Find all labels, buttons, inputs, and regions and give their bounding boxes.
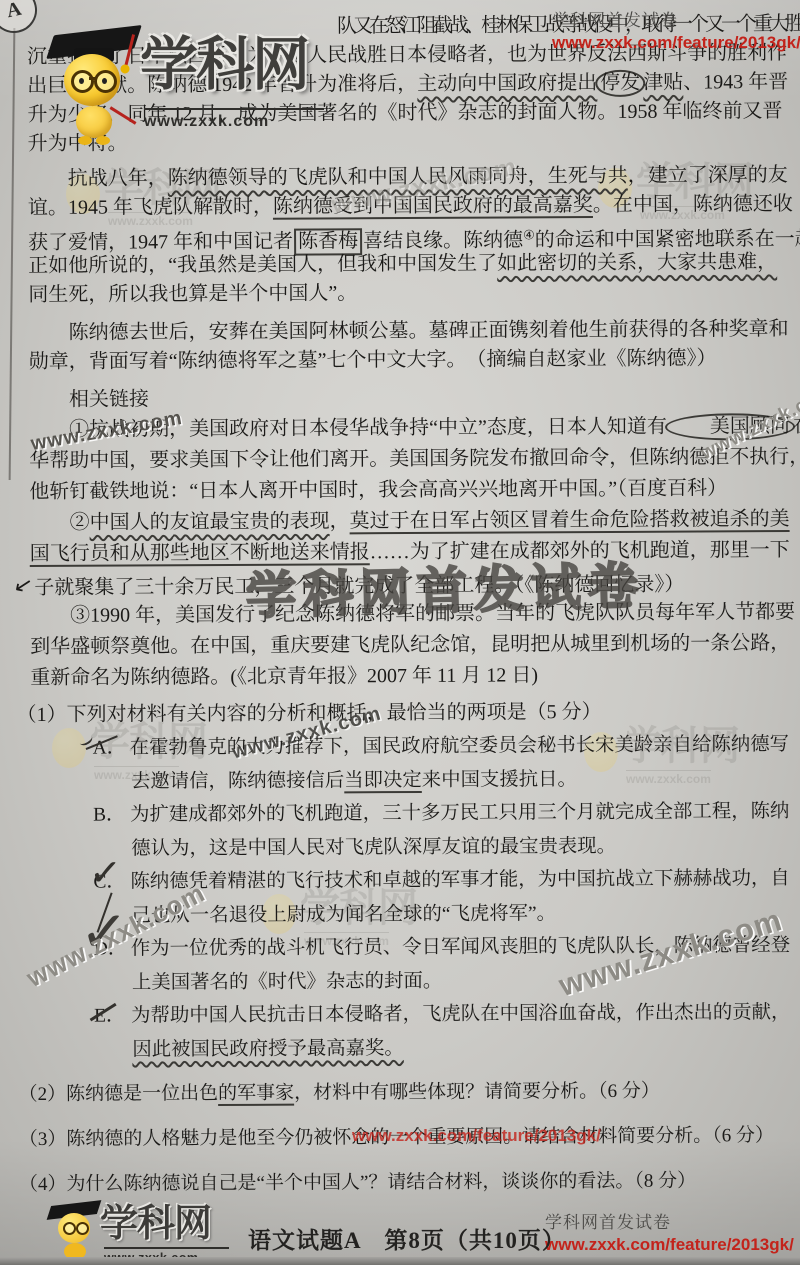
text-line: 相关链接 (29, 382, 793, 415)
glasses-icon (76, 1222, 89, 1235)
text-segment: 。在中国，陈纳德还收 (593, 193, 793, 216)
text-line: 华帮助中国，要求美国下令让他们离开。美国国务院发布撤回命令，但陈纳德拒不执行， (29, 442, 793, 477)
section-option: B．为扩建成都郊外的飞机跑道，三十多万民工只用三个月就完成全部工程，陈纳德认为，… (31, 795, 795, 866)
text-segment: 去邀请信，陈纳德接信后 (131, 770, 344, 792)
annotated-text-ul: 国飞行员和从那些地区不断地送来情报 (30, 541, 370, 565)
text-line: （1）下列对材料有关内容的分析和概括，最恰当的两项是（5 分） (16, 695, 794, 732)
text-line: 去邀请信，陈纳德接信后当即决定来中国支援抗日。 (131, 761, 795, 798)
annotated-text-wavy: 因此被国民政府授予最高嘉奖。 (132, 1038, 404, 1060)
text-line: 同生死，所以我也算是半个中国人”。 (28, 277, 792, 310)
text-segment: （4）为什么陈纳德说自己是“半个中国人”？请结合材料，谈谈你的看法。（8 分） (19, 1171, 696, 1196)
text-segment: ，建立了深厚的友 (628, 164, 788, 187)
text-line: 上美国著名的《时代》杂志的封面。 (132, 962, 796, 999)
mascot-body (76, 106, 112, 138)
release-note: 学科网首发试卷 (545, 1208, 794, 1233)
annotated-text-wavy: 如此密切的关系，大家共患难， (497, 251, 777, 274)
text-line: 到华盛顿祭奠他。在中国，重庆要建飞虎队纪念馆，昆明把从城里到机场的一条公路， (30, 628, 794, 663)
option-label: E． (94, 999, 131, 1033)
zxxk-logo-footer: 学科网 www.zxxk.com (46, 1203, 266, 1263)
grade-letter: A (5, 0, 24, 23)
feature-url: www.zxxk.com/feature/2013gk/ (545, 1235, 794, 1255)
text-line: ②中国人的友谊最宝贵的表现，莫过于在日军占领区冒着生命危险搭救被追杀的美 (29, 504, 793, 539)
text-line: 德认为，这是中国人民对飞虎队深厚友谊的最宝贵表现。 (131, 828, 795, 865)
text-line: 获了爱情，1947 年和中国记者陈香梅喜结良缘。陈纳德④的命运和中国紧密地联系在… (28, 219, 792, 252)
pointer-stick (109, 106, 136, 124)
logo-site-name: 学科网 (100, 1205, 211, 1243)
text-segment: 华帮助中国，要求美国下令让他们离开。美国国务院发布撤回命令，但陈纳德拒不执行， (29, 446, 800, 472)
annotated-text-wavy: 主动向中国政府提出 (417, 72, 597, 95)
left-margin-line (9, 28, 16, 480)
text-segment: 陈纳德凭着精湛的飞行技术和卓越的军事才能，为中国抗战立下赫赫战功，自 (130, 868, 789, 892)
annotated-text-circ: 停发 (595, 70, 645, 97)
section-note: 陈纳德去世后，安葬在美国阿林顿公墓。墓碑正面镌刻着他生前获得的各种奖章和勋章，背… (28, 315, 792, 377)
section-option: A．在霍勃鲁克的大力推荐下，国民政府航空委员会秘书长宋美龄亲自给陈纳德写去邀请信… (31, 728, 795, 799)
text-segment: 在霍勃鲁克的大力推荐下，国民政府航空委员会秘书长宋美龄亲自给陈纳德写 (130, 734, 789, 758)
text-line: E．为帮助中国人民抗击日本侵略者，飞虎队在中国浴血奋战，作出杰出的贡献， (94, 996, 796, 1033)
annotated-text-wavy: 津贴 (643, 72, 683, 94)
center-hollow-watermark: 学科网首发试卷 (245, 561, 645, 621)
mascot-icon (52, 24, 144, 160)
feature-url: www.zxxk.com/feature/2013gk/ (552, 33, 800, 53)
annotated-text-arrow: ↙ (11, 568, 35, 602)
text-segment: 正如他所说的，“我虽然是美国人，但我和中国发生了 (28, 253, 497, 277)
text-line: 因此被国民政府授予最高嘉奖。 (132, 1029, 796, 1066)
scanned-exam-page: A 学科网www.zxxk.com 学科网www.zxxk.com 学科网www… (0, 0, 800, 1265)
text-segment: 德认为，这是中国人民对飞虎队深厚友谊的最宝贵表现。 (131, 835, 616, 859)
text-segment: 陈纳德去世后，安葬在美国阿林顿公墓。墓碑正面镌刻着他生前获得的各种奖章和 (69, 318, 789, 344)
logo-site-url: www.zxxk.com (144, 108, 324, 134)
zxxk-logo: 学科网 www.zxxk.com (50, 14, 380, 166)
red-url-watermark: www.zxxk.com/feature/2013gk/ (352, 1126, 601, 1146)
text-line: 陈纳德去世后，安葬在美国阿林顿公墓。墓碑正面镌刻着他生前获得的各种奖章和 (28, 315, 792, 348)
release-banner-footer: 学科网首发试卷 www.zxxk.com/feature/2013gk/ (545, 1208, 794, 1255)
annotated-text-ul: 当即决定 (344, 769, 422, 790)
glasses-icon (63, 1222, 76, 1235)
annotated-text-wavy: 中国人的友谊最宝贵的表现 (90, 510, 330, 533)
glasses-icon (94, 70, 117, 93)
text-segment: 、1943 年晋 (683, 71, 788, 94)
mascot-foot (78, 136, 92, 145)
text-segment: 来中国支援抗日。 (422, 769, 577, 791)
text-line: 正如他所说的，“我虽然是美国人，但我和中国发生了如此密切的关系，大家共患难， (28, 248, 792, 281)
option-label: B． (93, 798, 130, 832)
text-segment: 抗战八年， (68, 167, 168, 190)
option-label: A． (93, 731, 130, 765)
text-segment: 他斩钉截铁地说：“日本人离开中国时，我会高高兴兴地离开中国。”（百度百科） (29, 477, 727, 503)
glasses-bridge (89, 77, 95, 80)
section-finalq: （2）陈纳德是一位出色的军事家，材料中有哪些体现？请简要分析。（6 分） (32, 1074, 796, 1112)
text-segment: 同生死，所以我也算是半个中国人”。 (28, 282, 357, 306)
text-segment: 谊。1945 年飞虎队解散时， (28, 196, 273, 219)
mascot-foot (96, 136, 110, 145)
text-line: 他斩钉截铁地说：“日本人离开中国时，我会高高兴兴地离开中国。”（百度百科） (29, 473, 793, 508)
glasses-icon (71, 70, 94, 93)
page-number-label: 语文试题A 第8页（共10页） (248, 1222, 566, 1255)
text-segment: 相关链接 (69, 388, 149, 410)
annotated-text-sup: ④ (523, 227, 535, 242)
text-segment: 到华盛顿祭奠他。在中国，重庆要建飞虎队纪念馆，昆明把从城里到机场的一条公路， (30, 632, 790, 658)
text-line: （4）为什么陈纳德说自己是“半个中国人”？请结合材料，谈谈你的看法。（8 分） (19, 1164, 797, 1202)
logo-site-name: 学科网 (140, 36, 308, 94)
section-links_title: 相关链接 (29, 382, 793, 415)
section-question: （1）下列对材料有关内容的分析和概括，最恰当的两项是（5 分） (30, 695, 794, 732)
text-segment: 上美国著名的《时代》杂志的封面。 (132, 970, 442, 993)
text-segment: ， (329, 510, 349, 532)
annotated-text-ul: 莫过于在日军占领区冒着生命危险搭救被追杀的美 (349, 508, 789, 532)
text-segment: 为帮助中国人民抗击日本侵略者，飞虎队在中国浴血奋战，作出杰出的贡献， (131, 1002, 790, 1026)
text-segment: ，材料中有哪些体现？请简要分析。（6 分） (294, 1081, 660, 1104)
text-line: A．在霍勃鲁克的大力推荐下，国民政府航空委员会秘书长宋美龄亲自给陈纳德写 (93, 728, 795, 765)
text-line: B．为扩建成都郊外的飞机跑道，三十多万民工只用三个月就完成全部工程，陈纳 (93, 795, 795, 832)
text-segment: ② (70, 512, 90, 534)
release-banner-top: 学科网首发试卷 www.zxxk.com/feature/2013gk/ (552, 6, 800, 53)
release-note: 学科网首发试卷 (552, 6, 800, 31)
text-segment: 勋章，背面写着“陈纳德将军之墓”七个中文大字。 （摘编自赵家业《陈纳德》） (29, 347, 717, 373)
section-option: E．为帮助中国人民抗击日本侵略者，飞虎队在中国浴血奋战，作出杰出的贡献，因此被国… (32, 996, 796, 1067)
text-line: 重新命名为陈纳德路。(《北京青年报》2007 年 11 月 12 日) (30, 659, 794, 694)
text-segment: 为扩建成都郊外的飞机跑道，三十多万民工只用三个月就完成全部工程，陈纳 (130, 801, 789, 825)
scan-edge-shadow (0, 1257, 800, 1265)
text-segment: 重新命名为陈纳德路。(《北京青年报》2007 年 11 月 12 日) (30, 664, 538, 689)
section-finalq: （4）为什么陈纳德说自己是“半个中国人”？请结合材料，谈谈你的看法。（8 分） (33, 1164, 797, 1202)
text-segment: （2）陈纳德是一位出色 (18, 1083, 218, 1105)
text-line: （2）陈纳德是一位出色的军事家，材料中有哪些体现？请简要分析。（6 分） (18, 1074, 796, 1112)
annotated-text-ul: 的军事家 (218, 1083, 294, 1104)
text-line: 勋章，背面写着“陈纳德将军之墓”七个中文大字。 （摘编自赵家业《陈纳德》） (29, 344, 793, 377)
